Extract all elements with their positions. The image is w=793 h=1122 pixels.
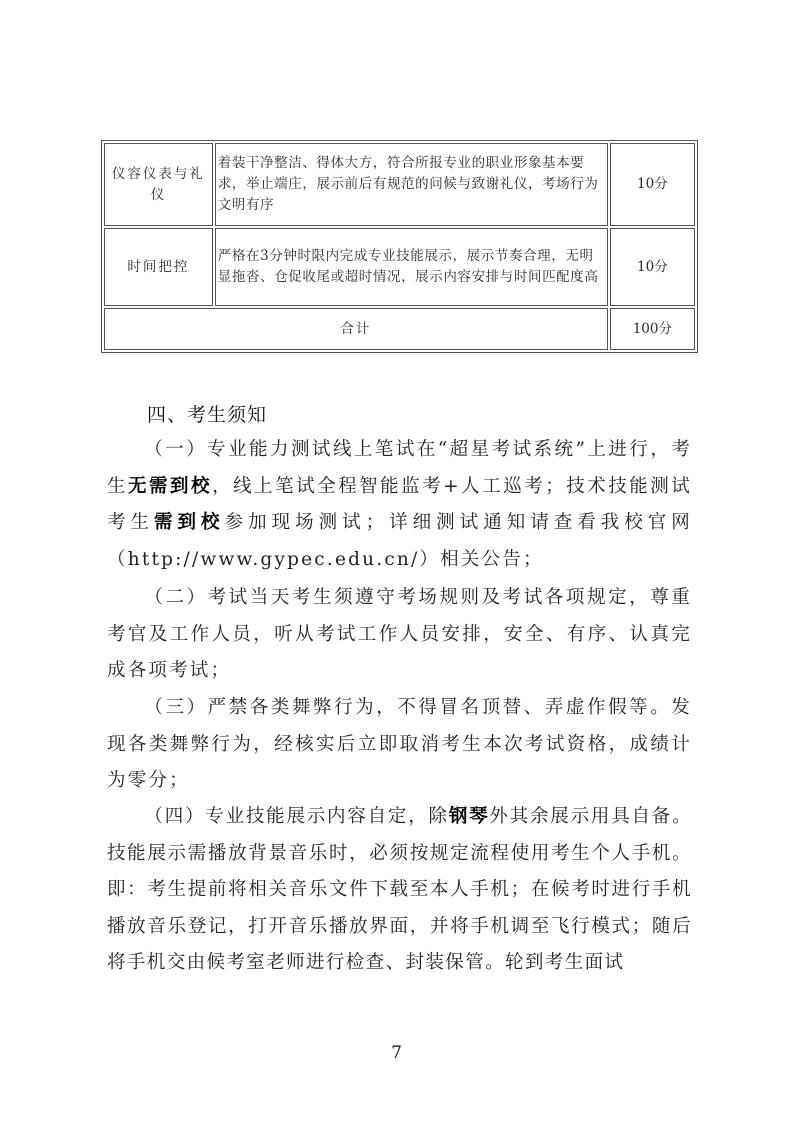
table-row: 时间把控 严格在3分钟时限内完成专业技能展示，展示节奏合理，无明显拖沓、仓促收尾… [104, 228, 695, 306]
paragraph-text: （四）专业技能展示内容自定，除 [144, 806, 449, 827]
emphasis-text: 钢琴 [449, 806, 490, 827]
notice-paragraph-4: （四）专业技能展示内容自定，除钢琴外其余展示用具自备。技能展示需播放背景音乐时，… [107, 799, 692, 982]
criteria-description-cell: 严格在3分钟时限内完成专业技能展示，展示节奏合理，无明显拖沓、仓促收尾或超时情况… [215, 228, 608, 306]
total-score: 100分 [610, 308, 695, 350]
paragraph-text: （三）严禁各类舞弊行为，不得冒名顶替、弄虚作假等。发现各类舞弊行为，经核实后立即… [107, 697, 692, 791]
table-row: 仪容仪表与礼仪 着装干净整洁、得体大方，符合所报专业的职业形象基本要求，举止端庄… [104, 143, 695, 226]
emphasis-text: 无需到校 [128, 476, 212, 497]
paragraph-text: （二）考试当天考生须遵守考场规则及考试各项规定，尊重考官及工作人员，听从考试工作… [107, 587, 692, 681]
criteria-item-cell: 仪容仪表与礼仪 [104, 143, 213, 226]
page-number: 7 [0, 1043, 793, 1063]
notice-paragraph-3: （三）严禁各类舞弊行为，不得冒名顶替、弄虚作假等。发现各类舞弊行为，经核实后立即… [107, 690, 692, 800]
criteria-item-cell: 时间把控 [104, 228, 213, 306]
notice-paragraph-1: （一）专业能力测试线上笔试在“超星考试系统”上进行，考生无需到校，线上笔试全程智… [107, 432, 692, 578]
criteria-description-cell: 着装干净整洁、得体大方，符合所报专业的职业形象基本要求，举止端庄，展示前后有规范… [215, 143, 608, 226]
total-label: 合计 [104, 308, 608, 350]
notice-paragraph-2: （二）考试当天考生须遵守考场规则及考试各项规定，尊重考官及工作人员，听从考试工作… [107, 580, 692, 690]
criteria-score-cell: 10分 [610, 228, 695, 306]
emphasis-text: 需到校 [154, 512, 225, 533]
scoring-criteria-table: 仪容仪表与礼仪 着装干净整洁、得体大方，符合所报专业的职业形象基本要求，举止端庄… [101, 140, 698, 353]
paragraph-text: 外其余展示用具自备。技能展示需播放背景音乐时，必须按规定流程使用考生个人手机。即… [107, 806, 692, 973]
criteria-score-cell: 10分 [610, 143, 695, 226]
table-total-row: 合计 100分 [104, 308, 695, 350]
section-heading: 四、考生须知 [147, 400, 267, 427]
